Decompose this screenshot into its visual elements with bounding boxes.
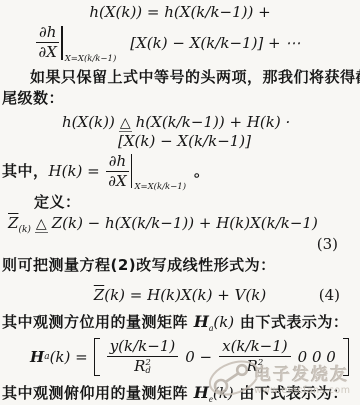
paragraph-4-prefix: 其中观测方位用的量测矩阵 [2,313,194,331]
equation-2-line-2: [X(k) − X(k/k−1)] [118,132,360,150]
paragraph-3: 则可把测量方程(2)改写成线性形式为： [2,255,360,276]
paragraph-5-suffix: 由下式表示为： [234,384,348,402]
left-bracket [94,338,100,376]
partial-derivative-fraction-2: ∂h ∂X [106,153,129,191]
R-symbol: R [247,357,258,375]
evaluation-point: X=X(k/k−1) [134,182,186,192]
scanned-paper-page: h(X(k)) = h(X(k/k−1)) + ∂h ∂X X=X(k/k−1)… [0,0,360,405]
fraction-numerator: x(k/k−1) [219,338,291,357]
fraction-denominator: ∂X [106,172,129,190]
matrix-argument: (k) [213,384,234,402]
equation-1-line-2: ∂h ∂X X=X(k/k−1) [X(k) − X(k/k−1)] + ⋯ [36,24,360,62]
paragraph-1-line-1: 如果只保留上式中等号的头两项，那我们将获得截 [0,67,360,88]
paragraph-1: 如果只保留上式中等号的头两项，那我们将获得截 尾级数： [0,67,360,109]
matrix-symbol-Ha: H [30,348,44,366]
equation-2-line-1: h(X(k))△h(X(k/k−1)) + H(k) · [62,113,360,132]
matrix-symbol-He: H [194,383,209,402]
matrix-brackets: y(k/k−1) R2d 0 − x(k/k−1) R2d 0 0 0 [94,338,349,376]
R-symbol: R [134,357,145,375]
matrix-symbol-Ha: H [194,312,209,331]
sentence-period: 。 [194,161,210,182]
matrix-argument: (k) [213,313,234,331]
paragraph-5: 其中观测俯仰用的量测矩阵 He(k) 由下式表示为： [2,383,360,404]
definition-label: 定义： [34,192,360,213]
fraction-y-over-Rd2: y(k/k−1) R2d [107,338,179,376]
fraction-numerator: ∂h [106,153,129,172]
evaluation-point: X=X(k/k−1) [65,54,117,64]
zero-minus: 0 − [185,348,212,366]
fraction-numerator: ∂h [36,24,59,43]
defined-as-symbol: △ [35,217,48,233]
evaluated-at-bar: X=X(k/k−1) [61,26,116,60]
trailing-zeros: 0 0 0 [298,348,336,366]
fraction-numerator: y(k/k−1) [107,338,179,357]
hk-equals: H(k) = [49,162,100,180]
equation-1-tail: [X(k) − X(k/k−1)] + ⋯ [130,34,300,52]
fraction-x-over-Rd2: x(k/k−1) R2d [219,338,291,376]
fraction-denominator: ∂X [36,43,59,61]
paragraph-5-prefix: 其中观测俯仰用的量测矩阵 [2,384,194,402]
z-bar: Z [94,286,104,304]
paragraph-1-line-2: 尾级数： [0,88,360,109]
evaluated-at-bar-2: X=X(k/k−1) [131,154,186,188]
vertical-bar [131,154,132,188]
fraction-denominator: R2d [219,357,291,376]
partial-derivative-fraction: ∂h ∂X [36,24,59,62]
equation-1-line-1: h(X(k)) = h(X(k/k−1)) + [0,0,360,21]
equals: (k) = [50,348,88,366]
equation-2-lhs: h(X(k)) [62,113,115,131]
equation-2-rhs: h(X(k/k−1)) + H(k) · [136,113,291,131]
vertical-bar [61,26,62,60]
paragraph-2-prefix: 其中， [2,161,49,182]
right-bracket [343,338,349,376]
z-bar: Z [8,214,18,232]
paragraph-4-suffix: 由下式表示为： [234,313,348,331]
equation-4-number: (4) [319,286,340,304]
equation-3-rhs: Z(k) − h(X(k/k−1)) + H(k)X(k/k−1) [52,214,318,232]
equation-5: Ha(k) = y(k/k−1) R2d 0 − x(k/k−1) R2d 0 … [30,338,360,376]
defined-as-symbol: △ [119,116,132,132]
equation-3: Z(k)△Z(k) − h(X(k/k−1)) + H(k)X(k/k−1) [8,214,360,235]
equation-4: Z(k) = H(k)X(k) + V(k) (4) [0,286,360,304]
paragraph-2-inline-math: 其中， H(k) = ∂h ∂X X=X(k/k−1) 。 [2,153,360,191]
paragraph-4: 其中观测方位用的量测矩阵 Ha(k) 由下式表示为： [2,312,360,333]
z-subscript: (k) [18,225,30,235]
equation-4-body: (k) = H(k)X(k) + V(k) [104,286,266,304]
fraction-denominator: R2d [107,357,179,376]
R-subscript: d [258,367,263,376]
equation-3-number: (3) [0,235,360,253]
R-subscript: d [145,367,150,376]
